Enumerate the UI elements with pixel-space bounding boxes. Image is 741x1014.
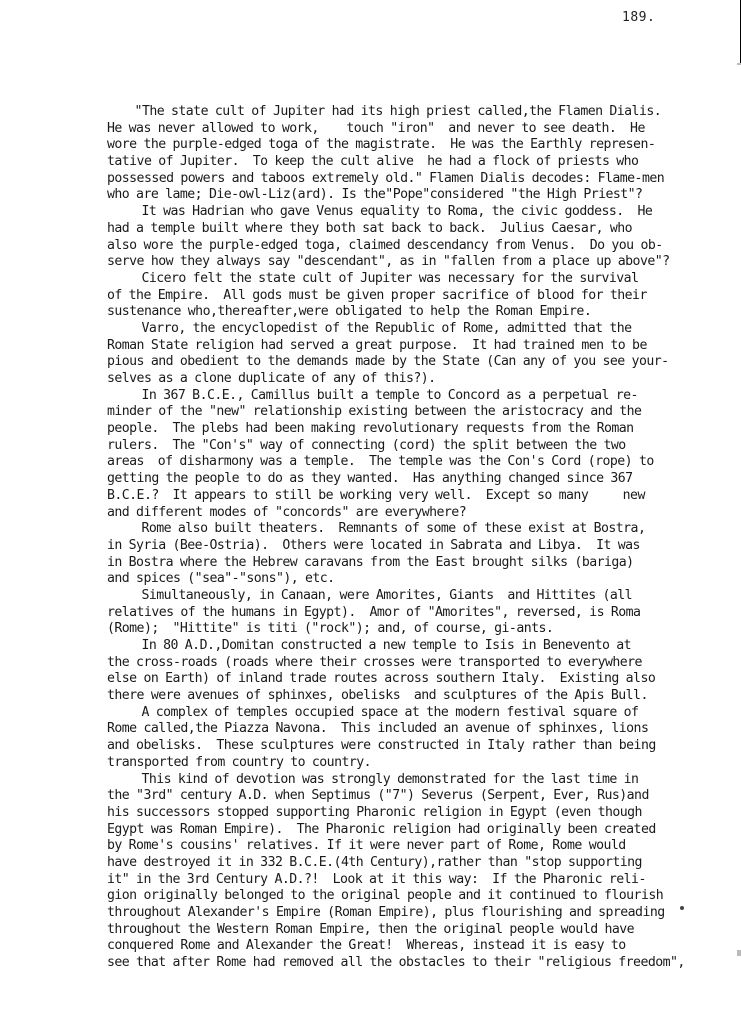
typewritten-body-text: "The state cult of Jupiter had its high … [107,104,687,972]
text-line: had a temple built where they both sat b… [107,221,687,238]
text-line: throughout the Western Roman Empire, the… [107,922,687,939]
text-line: In 80 A.D.,Domitan constructed a new tem… [107,638,687,655]
text-line: serve how they always say "descendant", … [107,254,687,271]
text-line: Egypt was Roman Empire). The Pharonic re… [107,822,687,839]
text-line: sustenance who,thereafter,were obligated… [107,304,687,321]
text-line: by Rome's cousins' relatives. If it were… [107,838,687,855]
text-line: and different modes of "concords" are ev… [107,505,687,522]
text-line: (Rome); "Hittite" is titi ("rock"); and,… [107,621,687,638]
text-line: the cross-roads (roads where their cross… [107,655,687,672]
text-line: his successors stopped supporting Pharon… [107,805,687,822]
text-line: It was Hadrian who gave Venus equality t… [107,204,687,221]
text-line: and spices ("sea"-"sons"), etc. [107,571,687,588]
text-line: Simultaneously, in Canaan, were Amorites… [107,588,687,605]
text-line: Rome called,the Piazza Navona. This incl… [107,721,687,738]
text-line: This kind of devotion was strongly demon… [107,772,687,789]
text-line: minder of the "new" relationship existin… [107,404,687,421]
text-line: B.C.E.? It appears to still be working v… [107,488,687,505]
text-line: Rome also built theaters. Remnants of so… [107,521,687,538]
text-line: also wore the purple-edged toga, claimed… [107,238,687,255]
text-line: there were avenues of sphinxes, obelisks… [107,688,687,705]
text-line: pious and obedient to the demands made b… [107,354,687,371]
page-edge-mark [737,950,741,956]
text-line: it" in the 3rd Century A.D.?! Look at it… [107,872,687,889]
text-line: else on Earth) of inland trade routes ac… [107,671,687,688]
text-line: "The state cult of Jupiter had its high … [107,104,687,121]
text-line: selves as a clone duplicate of any of th… [107,371,687,388]
text-line: tative of Jupiter. To keep the cult aliv… [107,154,687,171]
text-line: transported from country to country. [107,755,687,772]
text-line: see that after Rome had removed all the … [107,955,687,972]
text-line: the "3rd" century A.D. when Septimus ("7… [107,788,687,805]
text-line: who are lame; Die-owl-Liz(ard). Is the"P… [107,187,687,204]
text-line: Cicero felt the state cult of Jupiter wa… [107,271,687,288]
text-line: and obelisks. These sculptures were cons… [107,738,687,755]
text-line: He was never allowed to work, touch "iro… [107,121,687,138]
page-number: 189. [622,10,655,25]
text-line: in Bostra where the Hebrew caravans from… [107,555,687,572]
text-line: have destroyed it in 332 B.C.E.(4th Cent… [107,855,687,872]
text-line: of the Empire. All gods must be given pr… [107,288,687,305]
text-line: wore the purple-edged toga of the magist… [107,137,687,154]
text-line: rulers. The "Con's" way of connecting (c… [107,438,687,455]
text-line: Varro, the encyclopedist of the Republic… [107,321,687,338]
text-line: throughout Alexander's Empire (Roman Emp… [107,905,687,922]
text-line: Roman State religion had served a great … [107,338,687,355]
text-line: conquered Rome and Alexander the Great! … [107,938,687,955]
document-page: 189. "The state cult of Jupiter had its … [0,0,741,1014]
text-line: in Syria (Bee-Ostria). Others were locat… [107,538,687,555]
text-line: gion originally belonged to the original… [107,888,687,905]
text-line: relatives of the humans in Egypt). Amor … [107,605,687,622]
text-line: getting the people to do as they wanted.… [107,471,687,488]
text-line: people. The plebs had been making revolu… [107,421,687,438]
page-edge-mark [737,63,741,65]
text-line: areas of disharmony was a temple. The te… [107,454,687,471]
text-line: In 367 B.C.E., Camillus built a temple t… [107,388,687,405]
text-line: possessed powers and taboos extremely ol… [107,171,687,188]
text-line: A complex of temples occupied space at t… [107,705,687,722]
